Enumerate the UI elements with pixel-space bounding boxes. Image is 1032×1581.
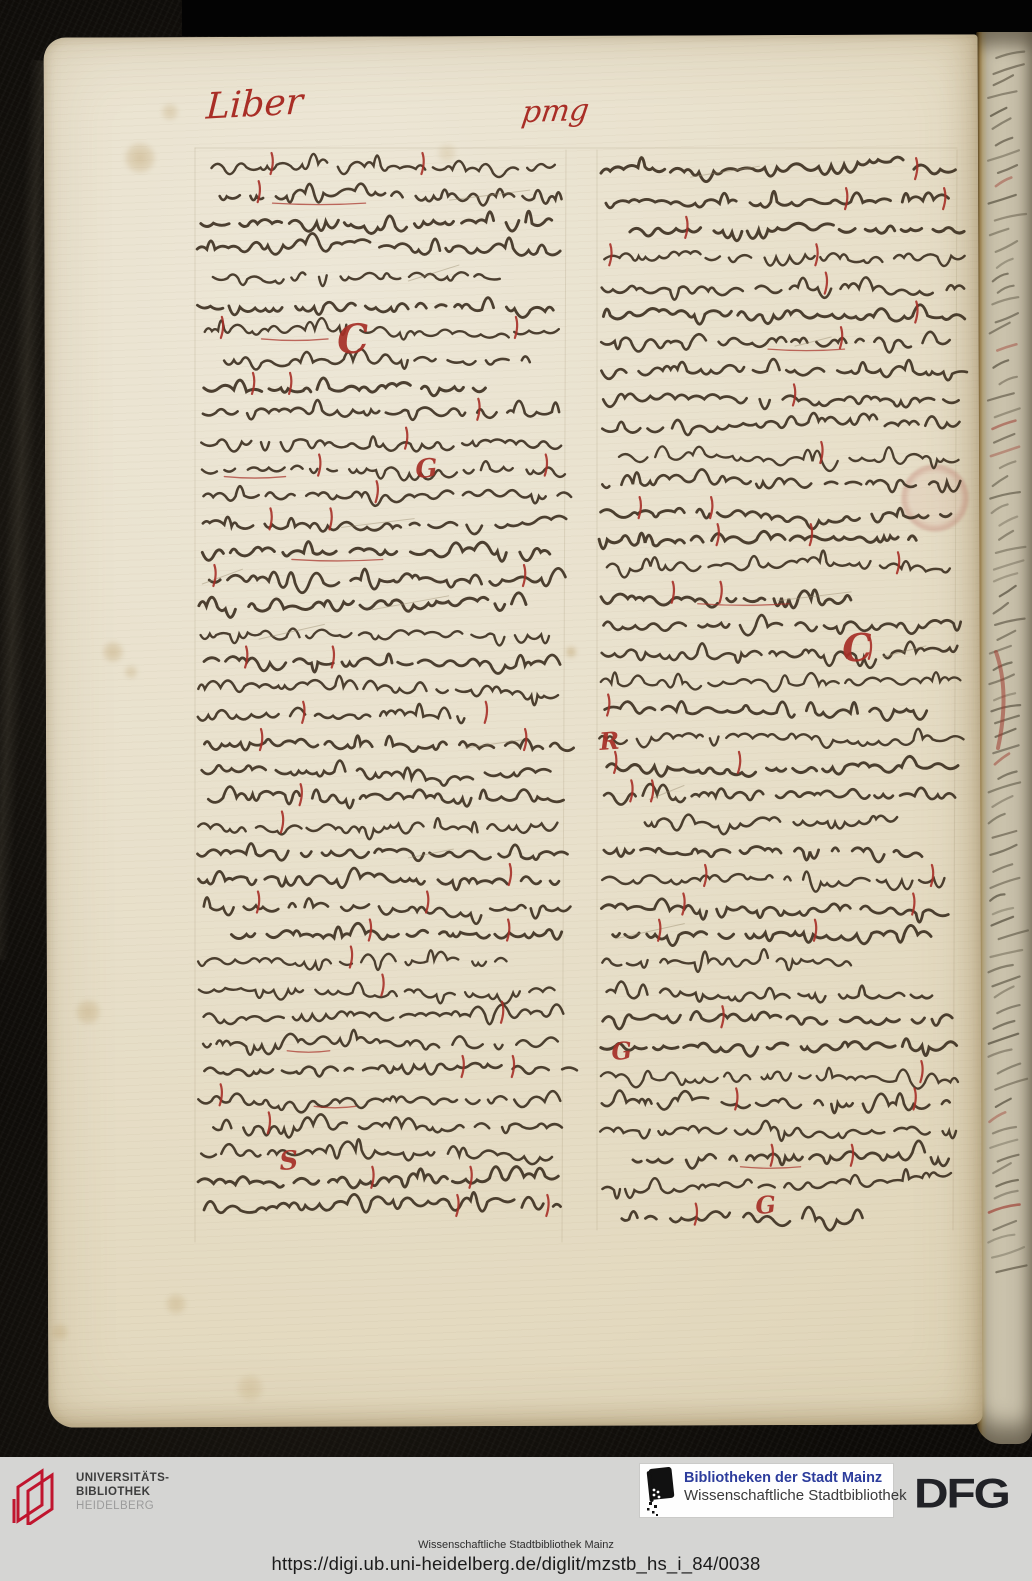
rubric-initial: R	[597, 726, 620, 756]
script-stroke	[287, 1051, 330, 1053]
script-stroke	[601, 508, 951, 529]
script-stroke	[289, 373, 291, 394]
script-stroke	[224, 349, 530, 369]
script-stroke	[204, 378, 486, 396]
script-stroke	[197, 298, 553, 318]
rubric-initial: G	[610, 1036, 632, 1066]
script-stroke	[604, 847, 922, 862]
script-stroke	[204, 1063, 577, 1076]
script-stroke	[845, 188, 847, 209]
script-stroke	[931, 865, 933, 886]
script-stroke	[599, 729, 963, 748]
script-stroke	[606, 191, 949, 208]
script-stroke	[202, 761, 551, 786]
script-stroke	[197, 234, 560, 256]
rubric-initial: G	[754, 1190, 776, 1220]
script-stroke	[698, 604, 789, 606]
script-stroke	[710, 497, 712, 518]
script-stroke	[269, 508, 271, 529]
script-stroke	[260, 729, 262, 750]
script-stroke	[719, 582, 721, 603]
script-stroke	[602, 872, 944, 892]
script-stroke	[201, 1139, 552, 1164]
script-stroke	[477, 399, 479, 420]
script-stroke	[220, 1084, 222, 1105]
script-stroke	[546, 1195, 548, 1216]
script-stroke	[721, 1006, 723, 1027]
script-stroke	[897, 552, 899, 573]
manuscript-text-columns: CGCRSGG	[0, 0, 1032, 1457]
photo-background: Liber pmg CGCRSGG	[0, 0, 1032, 1457]
script-stroke	[825, 273, 827, 294]
script-stroke	[602, 469, 960, 492]
script-stroke	[381, 975, 383, 996]
rubric-initial: S	[278, 1146, 299, 1177]
script-stroke	[883, 646, 926, 657]
script-stroke	[602, 1091, 950, 1113]
script-stroke	[605, 701, 927, 720]
script-stroke	[208, 787, 563, 808]
script-stroke	[741, 1167, 801, 1169]
script-stroke	[198, 844, 568, 861]
script-stroke	[607, 982, 933, 1003]
script-stroke	[426, 892, 428, 913]
script-stroke	[213, 272, 500, 286]
script-stroke	[507, 920, 509, 941]
script-stroke	[515, 317, 517, 338]
script-stroke	[793, 384, 795, 405]
script-stroke	[914, 1088, 916, 1109]
script-stroke	[198, 704, 465, 723]
script-stroke	[203, 516, 566, 534]
script-stroke	[450, 190, 530, 200]
script-stroke	[456, 1195, 458, 1216]
script-stroke	[220, 184, 562, 206]
script-stroke	[213, 1114, 562, 1137]
script-stroke	[205, 318, 559, 339]
script-stroke	[768, 349, 844, 351]
script-stroke	[405, 428, 407, 449]
script-stroke	[271, 153, 273, 174]
script-stroke	[523, 565, 525, 586]
script-stroke	[371, 1167, 373, 1188]
script-stroke	[201, 629, 549, 646]
script-stroke	[607, 694, 609, 715]
script-stroke	[672, 582, 674, 603]
script-stroke	[601, 899, 948, 922]
script-stroke	[604, 251, 964, 266]
script-stroke	[645, 815, 897, 835]
script-stroke	[943, 188, 945, 209]
script-stroke	[199, 983, 555, 1004]
script-stroke	[601, 1039, 957, 1057]
script-stroke	[212, 154, 555, 177]
script-stroke	[953, 150, 957, 1230]
mainz-line1: Bibliotheken der Stadt Mainz	[684, 1469, 907, 1487]
footer-caption: Wissenschaftliche Stadtbibliothek Mainz	[0, 1539, 1032, 1551]
script-stroke	[198, 1091, 560, 1112]
digitized-manuscript-screenshot: Liber pmg CGCRSGG UNIVERSITÄTS- BIBLIOTH…	[0, 0, 1032, 1581]
script-stroke	[209, 568, 565, 592]
script-stroke	[602, 642, 958, 668]
ubh-line2: BIBLIOTHEK	[76, 1485, 169, 1499]
script-stroke	[682, 893, 684, 914]
script-stroke	[245, 647, 247, 668]
script-stroke	[268, 1112, 270, 1133]
script-stroke	[619, 446, 959, 471]
script-stroke	[342, 519, 415, 528]
script-stroke	[512, 1056, 514, 1077]
script-stroke	[204, 654, 560, 674]
script-stroke	[630, 223, 964, 240]
script-stroke	[545, 455, 547, 476]
script-stroke	[204, 1004, 564, 1024]
script-stroke	[603, 305, 964, 324]
script-stroke	[815, 244, 817, 265]
script-stroke	[257, 892, 259, 913]
script-stroke	[633, 1141, 949, 1168]
script-stroke	[603, 1011, 953, 1028]
script-stroke	[735, 1088, 737, 1109]
script-stroke	[231, 923, 561, 939]
script-stroke	[685, 217, 687, 238]
mainz-book-icon	[640, 1464, 680, 1517]
script-stroke	[602, 949, 851, 972]
script-stroke	[199, 868, 559, 890]
script-stroke	[202, 542, 550, 562]
script-stroke	[601, 157, 955, 181]
script-stroke	[252, 373, 254, 394]
dfg-logo: DFG	[914, 1469, 1009, 1518]
script-stroke	[602, 1169, 951, 1198]
script-stroke	[738, 752, 740, 773]
script-stroke	[602, 277, 964, 299]
script-stroke	[601, 359, 966, 380]
script-stroke	[691, 166, 760, 177]
script-stroke	[614, 752, 616, 773]
script-stroke	[332, 647, 334, 668]
script-stroke	[814, 920, 816, 941]
footer-url: https://digi.ub.uni-heidelberg.de/diglit…	[0, 1553, 1032, 1575]
script-stroke	[912, 893, 914, 914]
script-stroke	[198, 818, 557, 839]
script-stroke	[203, 400, 559, 420]
script-stroke	[199, 593, 526, 618]
script-stroke	[607, 756, 958, 776]
script-stroke	[204, 486, 572, 506]
script-stroke	[604, 615, 961, 635]
script-stroke	[609, 244, 611, 265]
script-stroke	[281, 812, 283, 833]
mainz-line2: Wissenschaftliche Stadtbibliothek	[684, 1487, 907, 1505]
script-stroke	[350, 946, 352, 967]
script-stroke	[213, 565, 215, 586]
script-stroke	[318, 455, 320, 476]
script-stroke	[485, 702, 487, 723]
script-stroke	[258, 181, 260, 202]
script-stroke	[603, 394, 958, 409]
script-stroke	[820, 442, 822, 463]
mainz-library-logo: Bibliotheken der Stadt Mainz Wissenschaf…	[640, 1464, 893, 1517]
script-stroke	[562, 150, 566, 1242]
script-stroke	[509, 864, 511, 885]
script-stroke	[462, 1056, 464, 1077]
script-stroke	[292, 559, 383, 561]
script-stroke	[469, 1167, 471, 1188]
script-stroke	[599, 531, 916, 548]
script-stroke	[201, 436, 561, 451]
script-stroke	[203, 1030, 558, 1055]
script-stroke	[329, 508, 331, 529]
rubric-initial: G	[414, 454, 438, 485]
script-stroke	[204, 1192, 561, 1212]
rubric-initial: C	[840, 624, 873, 671]
script-stroke	[851, 1145, 853, 1166]
script-stroke	[658, 920, 660, 941]
script-stroke	[920, 1061, 922, 1082]
script-stroke	[376, 481, 378, 502]
script-stroke	[421, 153, 423, 174]
script-stroke	[602, 413, 959, 435]
script-stroke	[639, 497, 641, 518]
script-stroke	[601, 1068, 958, 1089]
script-stroke	[622, 1207, 863, 1230]
script-stroke	[600, 1121, 956, 1141]
script-stroke	[198, 676, 558, 705]
script-stroke	[778, 592, 851, 601]
script-stroke	[198, 1167, 558, 1188]
ub-heidelberg-logo: UNIVERSITÄTS- BIBLIOTHEK HEIDELBERG	[12, 1465, 169, 1525]
script-stroke	[201, 211, 552, 233]
footer-band: UNIVERSITÄTS- BIBLIOTHEK HEIDELBERG	[0, 1457, 1032, 1581]
script-stroke	[314, 1106, 355, 1108]
script-stroke	[630, 780, 632, 801]
script-stroke	[224, 477, 285, 479]
script-stroke	[601, 672, 961, 691]
rubric-initial: C	[335, 315, 370, 364]
script-stroke	[604, 784, 955, 805]
script-stroke	[695, 1204, 697, 1225]
ubh-line3: HEIDELBERG	[76, 1499, 169, 1513]
ubh-line1: UNIVERSITÄTS-	[76, 1471, 169, 1485]
ub-heidelberg-book-icon	[12, 1465, 66, 1525]
script-stroke	[262, 339, 329, 341]
